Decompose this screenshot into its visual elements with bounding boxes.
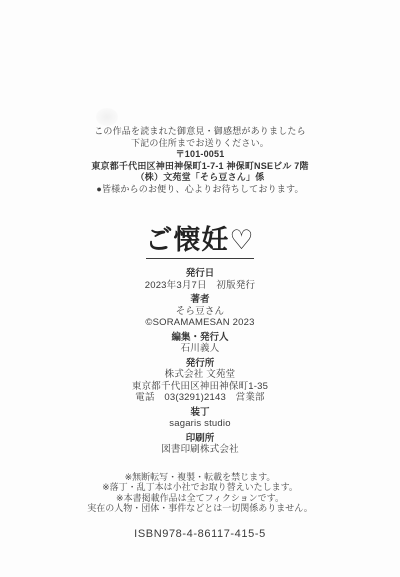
section-label: 発行所 (0, 358, 400, 370)
section-publication-date: 発行日 2023年3月7日 初版発行 (0, 268, 400, 291)
section-editor-publisher: 編集・発行人 石川義人 (0, 332, 400, 355)
section-label: 装丁 (0, 407, 400, 419)
section-label: 発行日 (0, 268, 400, 280)
note-line: ※落丁・乱丁本は小社でお取り替えいたします。 (0, 482, 400, 493)
section-label: 著者 (0, 294, 400, 306)
contact-line: この作品を読まれた御意見・御感想がありましたら (0, 126, 400, 138)
publisher-address: 東京都千代田区神田神保町1-7-1 神保町NSEビル 7階 (0, 161, 400, 173)
section-value: 東京都千代田区神田神保町1-35 (0, 381, 400, 393)
postal-code: 〒101-0051 (0, 149, 400, 161)
scan-artifact (96, 108, 118, 126)
legal-notes: ※無断転写・複製・転載を禁じます。 ※落丁・乱丁本は小社でお取り替えいたします。… (0, 472, 400, 514)
colophon-page: この作品を読まれた御意見・御感想がありましたら 下記の住所までお送りください。 … (0, 0, 400, 577)
section-value: sagaris studio (0, 418, 400, 430)
colophon-sections: 発行日 2023年3月7日 初版発行 著者 そら豆さん ©SORAMAMESAN… (0, 268, 400, 456)
section-value: 図書印刷株式会社 (0, 444, 400, 456)
isbn: ISBN978-4-86117-415-5 (0, 528, 400, 540)
section-binding-design: 装丁 sagaris studio (0, 407, 400, 430)
section-value: 石川義人 (0, 343, 400, 355)
title-block: ご懐妊♡ (0, 225, 400, 259)
section-value: 株式会社 文苑堂 (0, 369, 400, 381)
contact-line: ●皆様からのお便り、心よりお待ちしております。 (0, 184, 400, 196)
section-value: そら豆さん (0, 306, 400, 318)
section-value: 電話 03(3291)2143 営業部 (0, 392, 400, 404)
section-author: 著者 そら豆さん ©SORAMAMESAN 2023 (0, 294, 400, 329)
copyright-line: ©SORAMAMESAN 2023 (0, 317, 400, 329)
contact-line: 下記の住所までお送りください。 (0, 138, 400, 150)
section-label: 編集・発行人 (0, 332, 400, 344)
mail-recipient: （株）文苑堂「そら豆さん」係 (0, 172, 400, 184)
section-publishing-house: 発行所 株式会社 文苑堂 東京都千代田区神田神保町1-35 電話 03(3291… (0, 358, 400, 404)
section-printer: 印刷所 図書印刷株式会社 (0, 433, 400, 456)
note-line: 実在の人物・団体・事件などとは一切関係ありません。 (0, 503, 400, 514)
note-line: ※無断転写・複製・転載を禁じます。 (0, 472, 400, 483)
section-label: 印刷所 (0, 433, 400, 445)
section-value: 2023年3月7日 初版発行 (0, 280, 400, 292)
note-line: ※本書掲載作品は全てフィクションです。 (0, 493, 400, 504)
reader-contact-block: この作品を読まれた御意見・御感想がありましたら 下記の住所までお送りください。 … (0, 0, 400, 195)
title-underline (146, 258, 254, 259)
book-title: ご懐妊♡ (0, 225, 400, 255)
